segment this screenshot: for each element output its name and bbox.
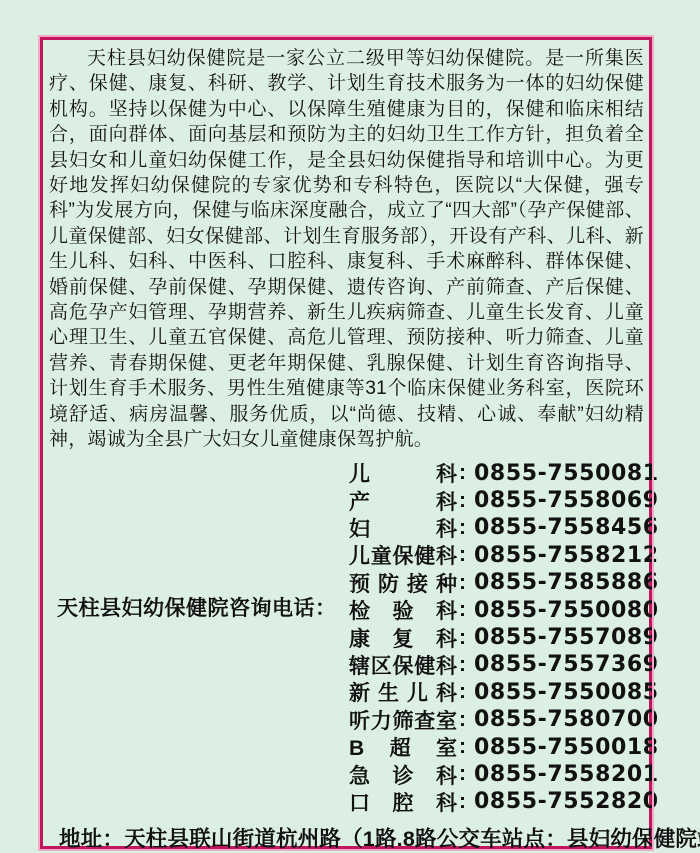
phone-number: 0855-7557089: [474, 625, 659, 650]
colon: :: [459, 762, 466, 786]
phone-row: 听力筛查室:0855-7580700: [349, 706, 659, 733]
phone-number: 0855-7558069: [474, 488, 659, 513]
dept-name: 口腔科: [349, 787, 457, 817]
dept-name: 妇科: [349, 513, 457, 543]
phone-row: 儿科:0855-7550081: [349, 460, 659, 487]
dept-name: 产科: [349, 486, 457, 516]
colon: :: [459, 680, 466, 704]
dept-name: 急诊科: [349, 760, 457, 790]
dept-name: 听力筛查室: [349, 705, 457, 735]
dept-name: 新生儿科: [349, 677, 457, 707]
colon: :: [459, 626, 466, 650]
phone-directory: 天柱县妇幼保健院咨询电话： 儿科:0855-7550081 产科:0855-75…: [57, 460, 649, 816]
phone-number: 0855-7585886: [474, 570, 659, 595]
phone-row: 新生儿科:0855-7550085: [349, 679, 659, 706]
colon: :: [459, 790, 466, 814]
phone-number: 0855-7550080: [474, 598, 659, 623]
hospital-introduction-paragraph: 天柱县妇幼保健院是一家公立二级甲等妇幼保健院。是一所集医疗、保健、康复、科研、教…: [49, 46, 644, 453]
phone-number: 0855-7558201: [474, 762, 659, 787]
colon: :: [459, 708, 466, 732]
phone-number: 0855-7580700: [474, 707, 659, 732]
phone-row: 妇科:0855-7558456: [349, 514, 659, 541]
phone-number: 0855-7557369: [474, 652, 659, 677]
phone-number: 0855-7558212: [474, 543, 659, 568]
colon: :: [459, 653, 466, 677]
phone-row: 预防接种:0855-7585886: [349, 569, 659, 596]
colon: :: [459, 543, 466, 567]
colon: :: [459, 735, 466, 759]
phone-directory-label: 天柱县妇幼保健院咨询电话：: [57, 460, 349, 816]
colon: :: [459, 489, 466, 513]
dept-name: B超室: [349, 732, 457, 762]
phone-list: 儿科:0855-7550081 产科:0855-7558069 妇科:0855-…: [349, 460, 659, 816]
phone-number: 0855-7550018: [474, 735, 659, 760]
phone-row: 辖区保健科:0855-7557369: [349, 651, 659, 678]
colon: :: [459, 461, 466, 485]
document-border-frame: 天柱县妇幼保健院是一家公立二级甲等妇幼保健院。是一所集医疗、保健、康复、科研、教…: [40, 37, 652, 847]
phone-row: 口腔科:0855-7552820: [349, 788, 659, 815]
dept-name: 儿科: [349, 458, 457, 488]
dept-name: 辖区保健科: [349, 650, 457, 680]
phone-row: 急诊科:0855-7558201: [349, 761, 659, 788]
phone-row: 康复科:0855-7557089: [349, 624, 659, 651]
colon: :: [459, 516, 466, 540]
phone-number: 0855-7552820: [474, 789, 659, 814]
dept-name: 儿童保健科: [349, 540, 457, 570]
colon: :: [459, 571, 466, 595]
dept-name: 预防接种: [349, 568, 457, 598]
dept-name: 检验科: [349, 595, 457, 625]
phone-row: 儿童保健科:0855-7558212: [349, 542, 659, 569]
phone-row: 检验科:0855-7550080: [349, 596, 659, 623]
phone-number: 0855-7550085: [474, 680, 659, 705]
phone-number: 0855-7550081: [474, 461, 659, 486]
phone-row: 产科:0855-7558069: [349, 487, 659, 514]
dept-name: 康复科: [349, 623, 457, 653]
colon: :: [459, 598, 466, 622]
address-line: 地址：天柱县联山街道杭州路（1路.8路公交车站点：县妇幼保健院站台）: [59, 822, 647, 847]
phone-row: B超室:0855-7550018: [349, 733, 659, 760]
phone-number: 0855-7558456: [474, 515, 659, 540]
